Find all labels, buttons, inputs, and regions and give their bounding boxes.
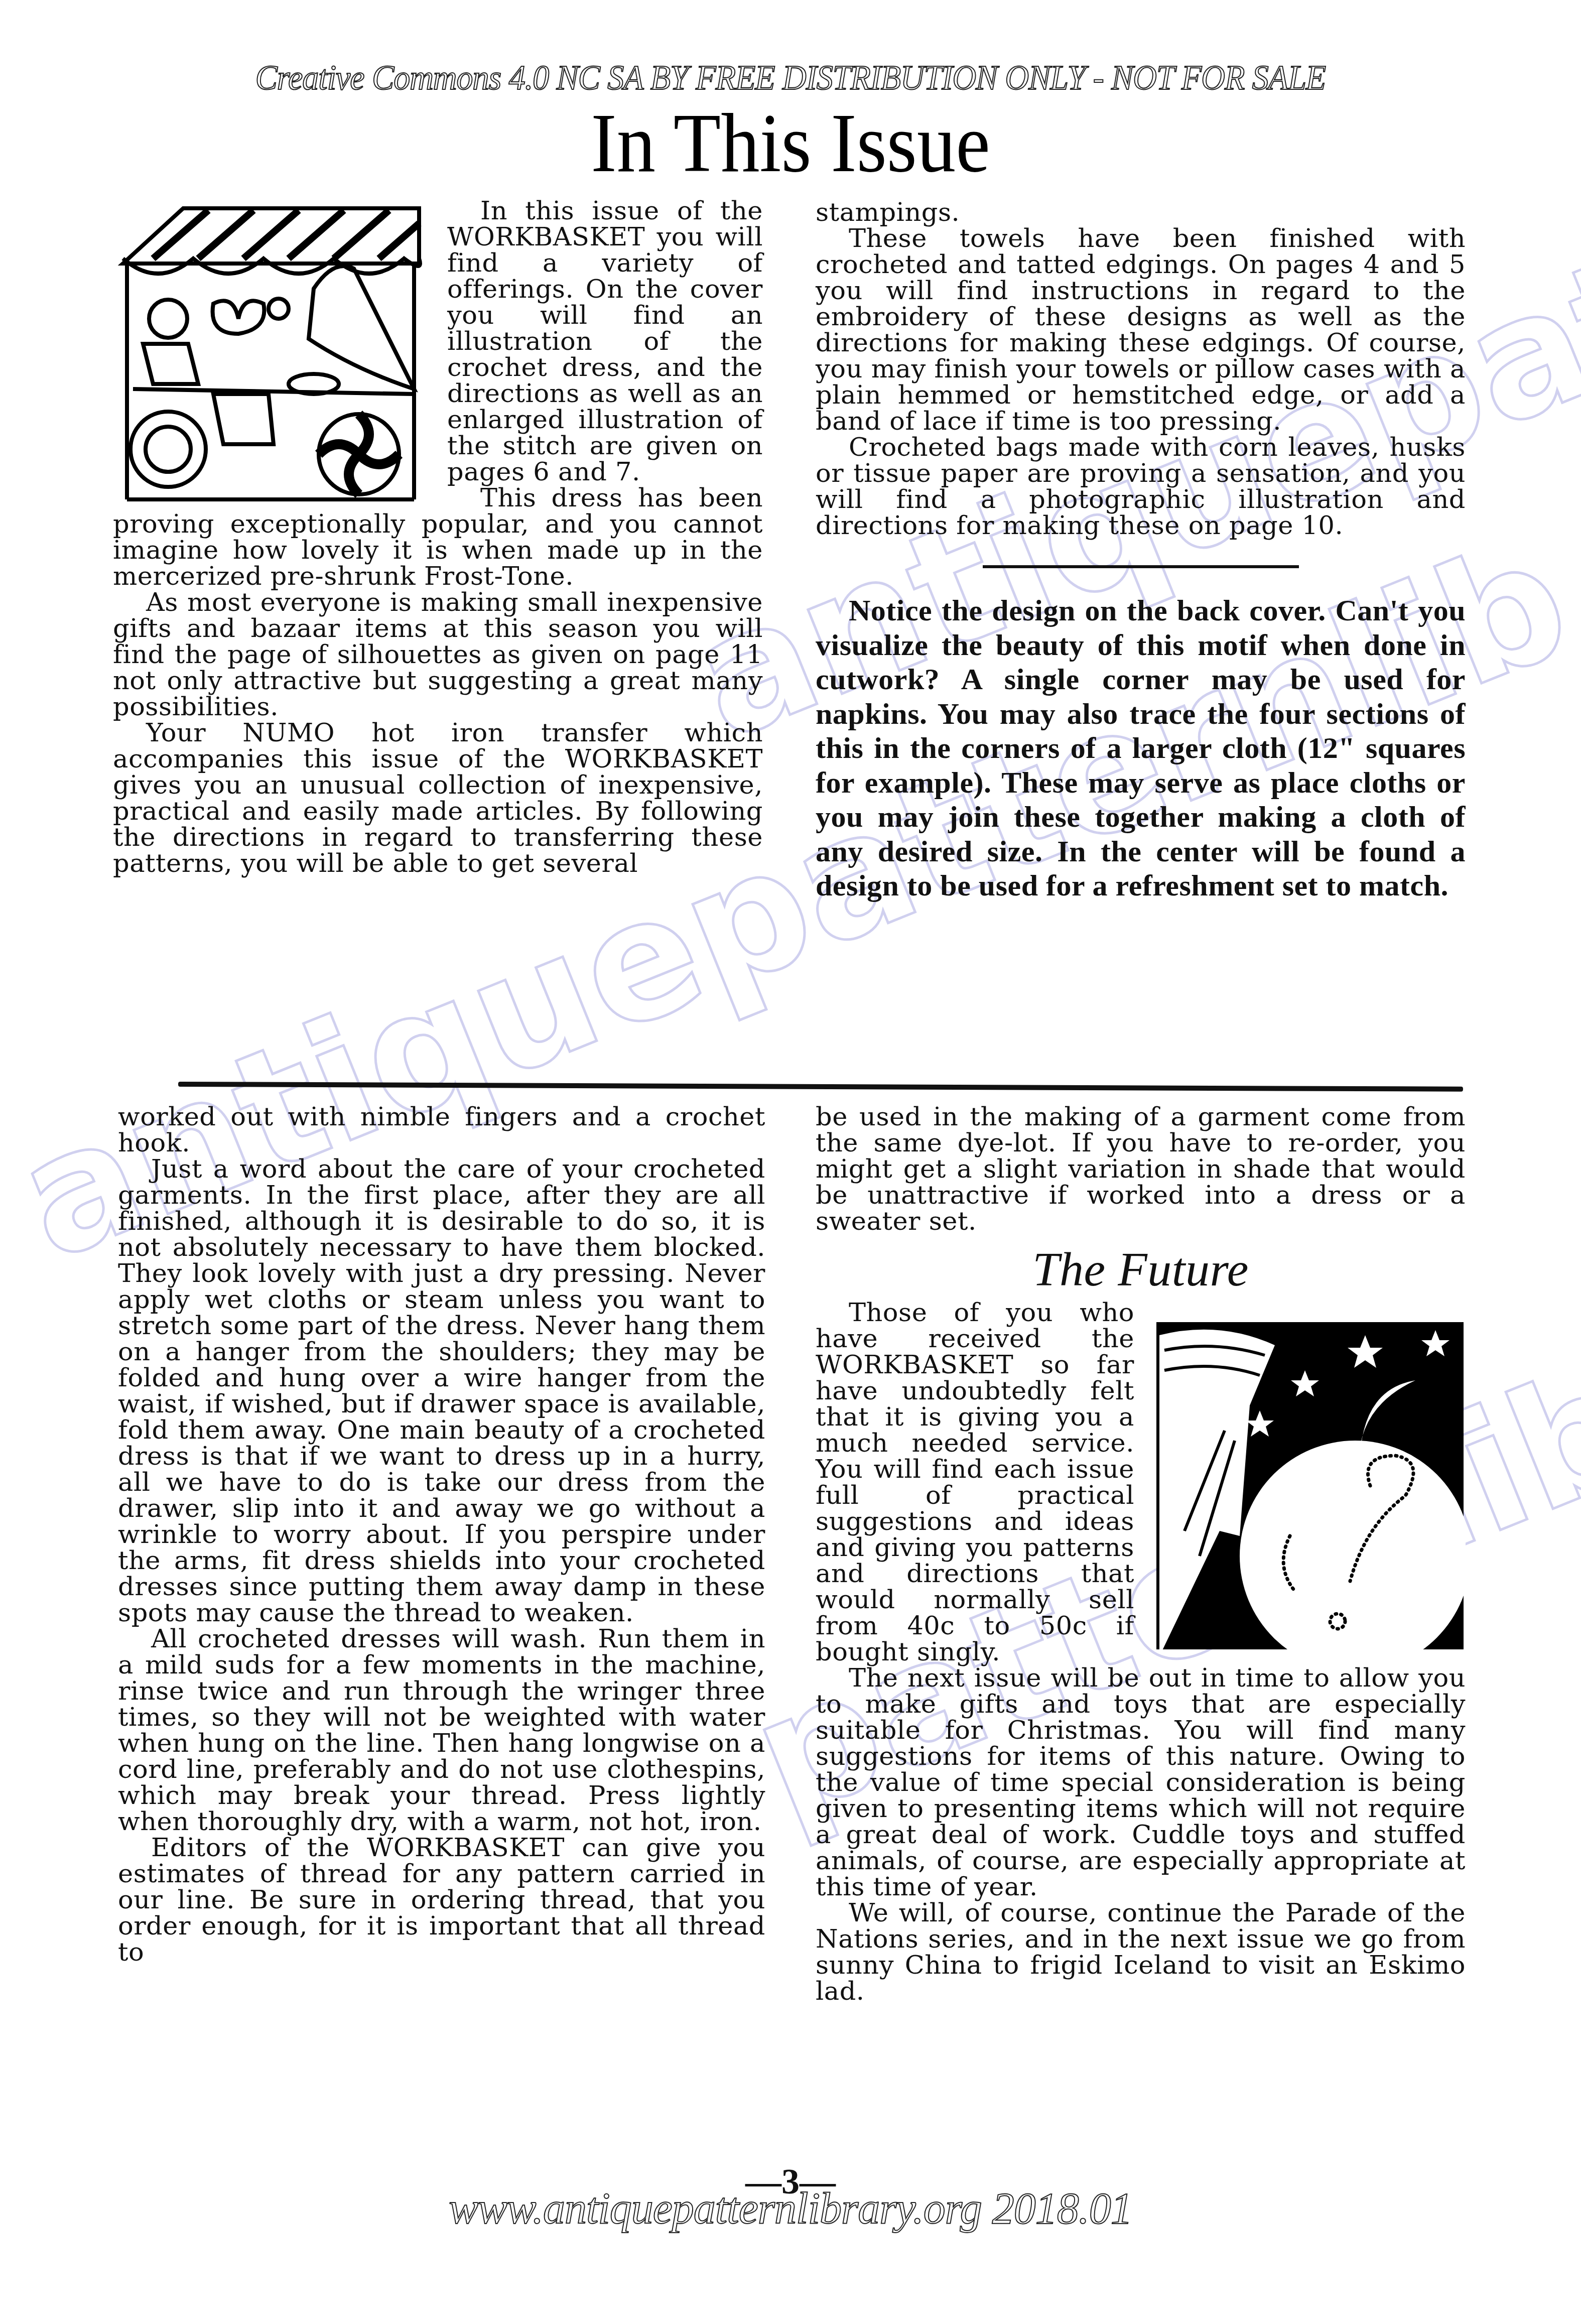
bags-paragraph: Crocheted bags made with corn leaves, hu… [816, 435, 1466, 539]
silhouettes-paragraph: As most everyone is making small inexpen… [113, 590, 763, 720]
continuation-text: worked out with nimble fingers and a cro… [118, 1104, 765, 1156]
left-bottom-column: worked out with nimble fingers and a cro… [118, 1104, 765, 1966]
nations-paragraph: We will, of course, continue the Parade … [816, 1900, 1466, 2005]
page-title: In This Issue [63, 100, 1518, 186]
continuation-text: stampings. [816, 200, 1466, 226]
section-rule [983, 565, 1299, 568]
continuation-text: be used in the making of a garment come … [816, 1104, 1466, 1235]
market-stall-illustration [113, 203, 424, 504]
footer-url: www.antiquepatternlibrary.org 2018.01 [0, 2183, 1581, 2234]
editors-paragraph: Editors of the WORKBASKET can give you e… [118, 1835, 765, 1966]
license-banner: Creative Commons 4.0 NC SA BY FREE DISTR… [0, 58, 1581, 98]
next-issue-paragraph: The next issue will be out in time to al… [816, 1665, 1466, 1900]
transfer-paragraph: Your NUMO hot iron transfer which accomp… [113, 720, 763, 877]
right-bottom-column: be used in the making of a garment come … [816, 1104, 1466, 2005]
care-paragraph: Just a word about the care of your croch… [118, 1156, 765, 1626]
towels-paragraph: These towels have been finished with cro… [816, 226, 1466, 435]
back-cover-notice: Notice the design on the back cover. Can… [816, 593, 1466, 903]
right-top-column: stampings. These towels have been finish… [816, 200, 1466, 903]
future-heading: The Future [816, 1242, 1466, 1297]
left-top-column: In this issue of the WORKBASKET you will… [113, 198, 763, 877]
washing-paragraph: All crocheted dresses will wash. Run the… [118, 1626, 765, 1835]
page-divider [178, 1082, 1463, 1092]
fortune-teller-illustration [1154, 1320, 1466, 1651]
